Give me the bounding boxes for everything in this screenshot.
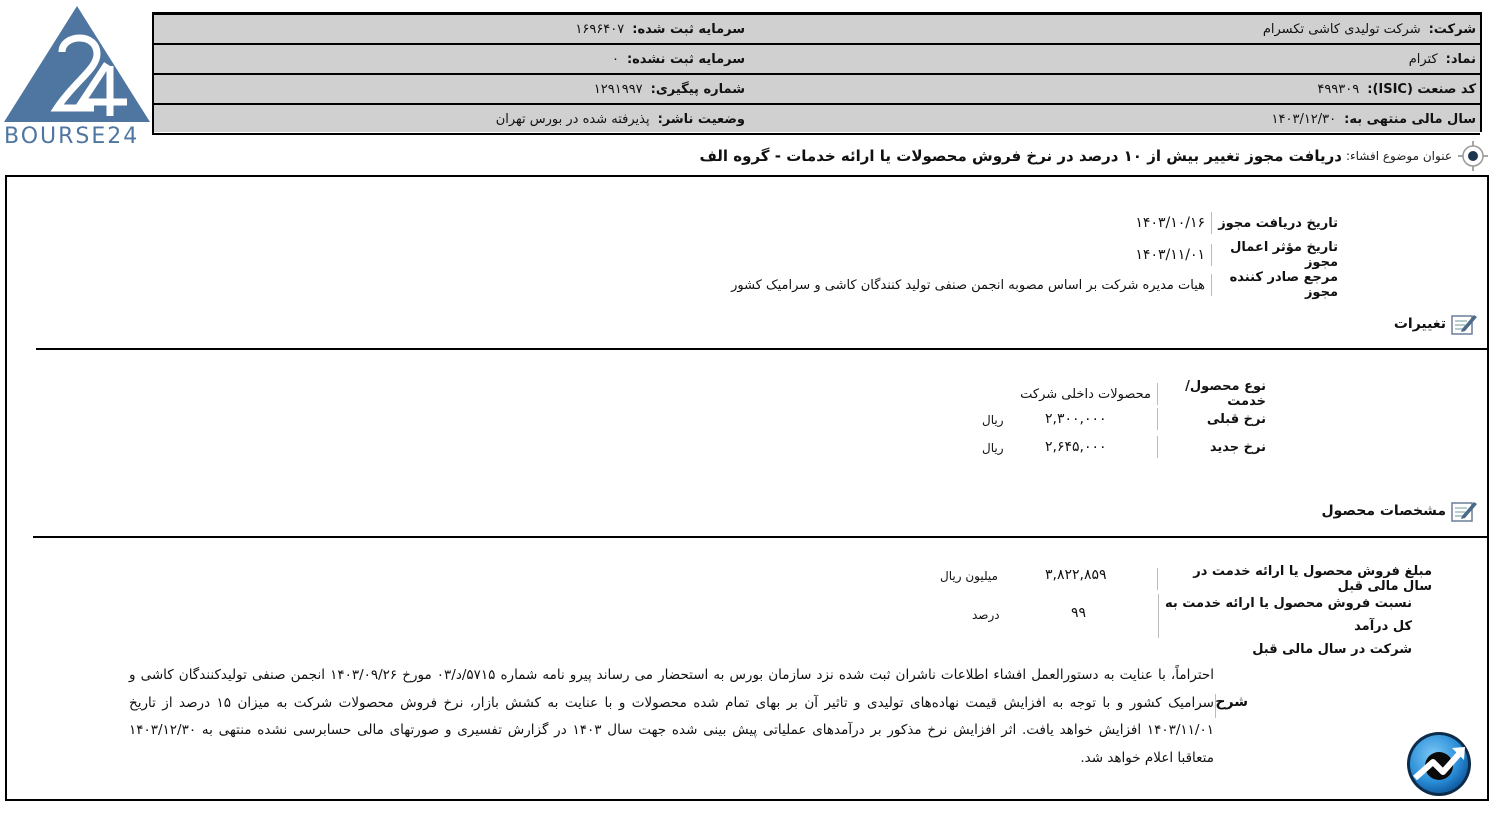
isic-cell: کد صنعت (ISIC): ۴۹۹۳۰۹: [747, 75, 1480, 103]
publisher-status-cell: وضعیت ناشر: پذیرفته شده در بورس تهران: [152, 105, 749, 133]
symbol-cell: نماد: کترام: [747, 45, 1480, 73]
separator: [1211, 212, 1212, 234]
fiscal-year-value: ۱۴۰۳/۱۲/۳۰: [1272, 112, 1337, 127]
isic-value: ۴۹۹۳۰۹: [1317, 82, 1359, 97]
permit-issuer-value: هیات مدیره شرکت بر اساس مصوبه انجمن صنفی…: [731, 278, 1205, 293]
permit-issuer-label: مرجع صادر کننده مجوز: [1218, 270, 1338, 300]
separator: [1211, 274, 1212, 296]
company-cell: شرکت: شرکت تولیدی کاشی تکسرام: [747, 15, 1480, 43]
product-type-row: نوع محصول/خدمت محصولات داخلی شرکت: [1020, 379, 1266, 409]
symbol-label: نماد:: [1446, 52, 1476, 67]
permit-received-date-label: تاریخ دریافت مجوز: [1218, 216, 1338, 231]
registered-capital-label: سرمایه ثبت شده:: [632, 22, 745, 37]
company-info-table: شرکت: شرکت تولیدی کاشی تکسرام سرمایه ثبت…: [152, 12, 1482, 132]
description-text: احتراماً، با عنایت به دستورالعمل افشاء ا…: [129, 662, 1214, 772]
publisher-status-label: وضعیت ناشر:: [658, 112, 745, 127]
product-specs-section-title: مشخصات محصول: [1322, 498, 1478, 524]
sales-amount-label: مبلغ فروش محصول یا ارائه خدمت در سال مال…: [1164, 564, 1432, 594]
logo-brand-text: BOURSE24: [4, 124, 154, 149]
permit-received-date-value: ۱۴۰۳/۱۰/۱۶: [1135, 215, 1205, 231]
sales-ratio-label: نسبت فروش محصول یا ارائه خدمت به کل درآم…: [1162, 592, 1412, 661]
new-rate-value: ۲,۶۴۵,۰۰۰: [1045, 439, 1107, 455]
changes-section-title: تغییرات: [1394, 311, 1478, 337]
separator: [1157, 408, 1158, 430]
sales-amount-unit: میلیون ریال: [940, 569, 998, 583]
sales-ratio-label-line1: نسبت فروش محصول یا ارائه خدمت به کل درآم…: [1162, 592, 1412, 638]
separator: [1157, 568, 1158, 590]
edit-note-icon: [1450, 498, 1478, 524]
old-rate-value: ۲,۳۰۰,۰۰۰: [1045, 411, 1107, 427]
section-divider: [36, 348, 1487, 350]
edit-note-icon: [1450, 311, 1478, 337]
bourse24-logo: BOURSE24: [2, 4, 152, 149]
company-label: شرکت:: [1429, 22, 1476, 37]
section-divider: [33, 536, 1487, 538]
info-row-fiscal-year: سال مالی منتهی به: ۱۴۰۳/۱۲/۳۰ وضعیت ناشر…: [152, 105, 1480, 135]
separator: [1215, 694, 1216, 718]
info-row-symbol: نماد: کترام سرمایه ثبت نشده: ۰: [152, 45, 1480, 75]
tracking-number-label: شماره پیگیری:: [651, 82, 745, 97]
sales-ratio-label-line2: شرکت در سال مالی قبل: [1162, 638, 1412, 661]
sales-amount-value: ۳,۸۲۲,۸۵۹: [1045, 567, 1107, 583]
unregistered-capital-label: سرمایه ثبت نشده:: [627, 52, 745, 67]
old-rate-unit: ریال: [982, 413, 1004, 427]
target-bullet-icon: [1458, 141, 1488, 171]
publisher-status-value: پذیرفته شده در بورس تهران: [496, 112, 650, 127]
info-row-isic: کد صنعت (ISIC): ۴۹۹۳۰۹ شماره پیگیری: ۱۲۹…: [152, 75, 1480, 105]
separator: [1158, 594, 1159, 638]
permit-received-date-row: تاریخ دریافت مجوز ۱۴۰۳/۱۰/۱۶: [1135, 212, 1338, 234]
description-label: شرح: [1215, 694, 1248, 710]
separator: [1157, 383, 1158, 405]
new-rate-unit: ریال: [982, 441, 1004, 455]
product-specs-title-text: مشخصات محصول: [1322, 503, 1446, 519]
registered-capital-cell: سرمایه ثبت شده: ۱۶۹۶۴۰۷: [152, 15, 749, 43]
sales-ratio-unit: درصد: [972, 608, 1000, 622]
sales-ratio-value: ۹۹: [1071, 605, 1086, 621]
disclosure-subject: عنوان موضوع افشاء: دریافت مجوز تغییر بیش…: [699, 140, 1488, 172]
permit-effective-date-row: تاریخ مؤثر اعمال مجوز ۱۴۰۳/۱۱/۰۱: [1135, 240, 1338, 270]
fiscal-year-label: سال مالی منتهی به:: [1344, 112, 1476, 127]
product-type-label: نوع محصول/خدمت: [1164, 379, 1266, 409]
subject-title: دریافت مجوز تغییر بیش از ۱۰ درصد در نرخ …: [699, 147, 1342, 165]
old-rate-label: نرخ قبلی: [1164, 412, 1266, 427]
trend-up-logo-icon: [1405, 730, 1473, 798]
isic-label: کد صنعت (ISIC):: [1367, 82, 1476, 97]
symbol-value: کترام: [1409, 52, 1438, 67]
permit-issuer-row: مرجع صادر کننده مجوز هیات مدیره شرکت بر …: [731, 270, 1338, 300]
permit-effective-date-value: ۱۴۰۳/۱۱/۰۱: [1135, 247, 1205, 263]
unregistered-capital-value: ۰: [612, 52, 619, 67]
sales-amount-row: مبلغ فروش محصول یا ارائه خدمت در سال مال…: [1151, 564, 1432, 594]
product-type-value: محصولات داخلی شرکت: [1020, 387, 1151, 402]
tracking-number-cell: شماره پیگیری: ۱۲۹۱۹۹۷: [152, 75, 749, 103]
unregistered-capital-cell: سرمایه ثبت نشده: ۰: [152, 45, 749, 73]
tracking-number-value: ۱۲۹۱۹۹۷: [594, 82, 643, 97]
info-row-company: شرکت: شرکت تولیدی کاشی تکسرام سرمایه ثبت…: [152, 15, 1480, 45]
new-rate-label: نرخ جدید: [1164, 440, 1266, 455]
old-rate-row: نرخ قبلی: [1151, 408, 1266, 430]
company-value: شرکت تولیدی کاشی تکسرام: [1263, 22, 1421, 37]
bourse24-triangle-icon: [2, 4, 152, 126]
new-rate-row: نرخ جدید: [1151, 436, 1266, 458]
fiscal-year-cell: سال مالی منتهی به: ۱۴۰۳/۱۲/۳۰: [747, 105, 1480, 133]
registered-capital-value: ۱۶۹۶۴۰۷: [575, 22, 624, 37]
subject-label: عنوان موضوع افشاء:: [1346, 149, 1452, 163]
changes-title-text: تغییرات: [1394, 316, 1446, 332]
permit-effective-date-label: تاریخ مؤثر اعمال مجوز: [1218, 240, 1338, 270]
separator: [1211, 244, 1212, 266]
separator: [1157, 436, 1158, 458]
